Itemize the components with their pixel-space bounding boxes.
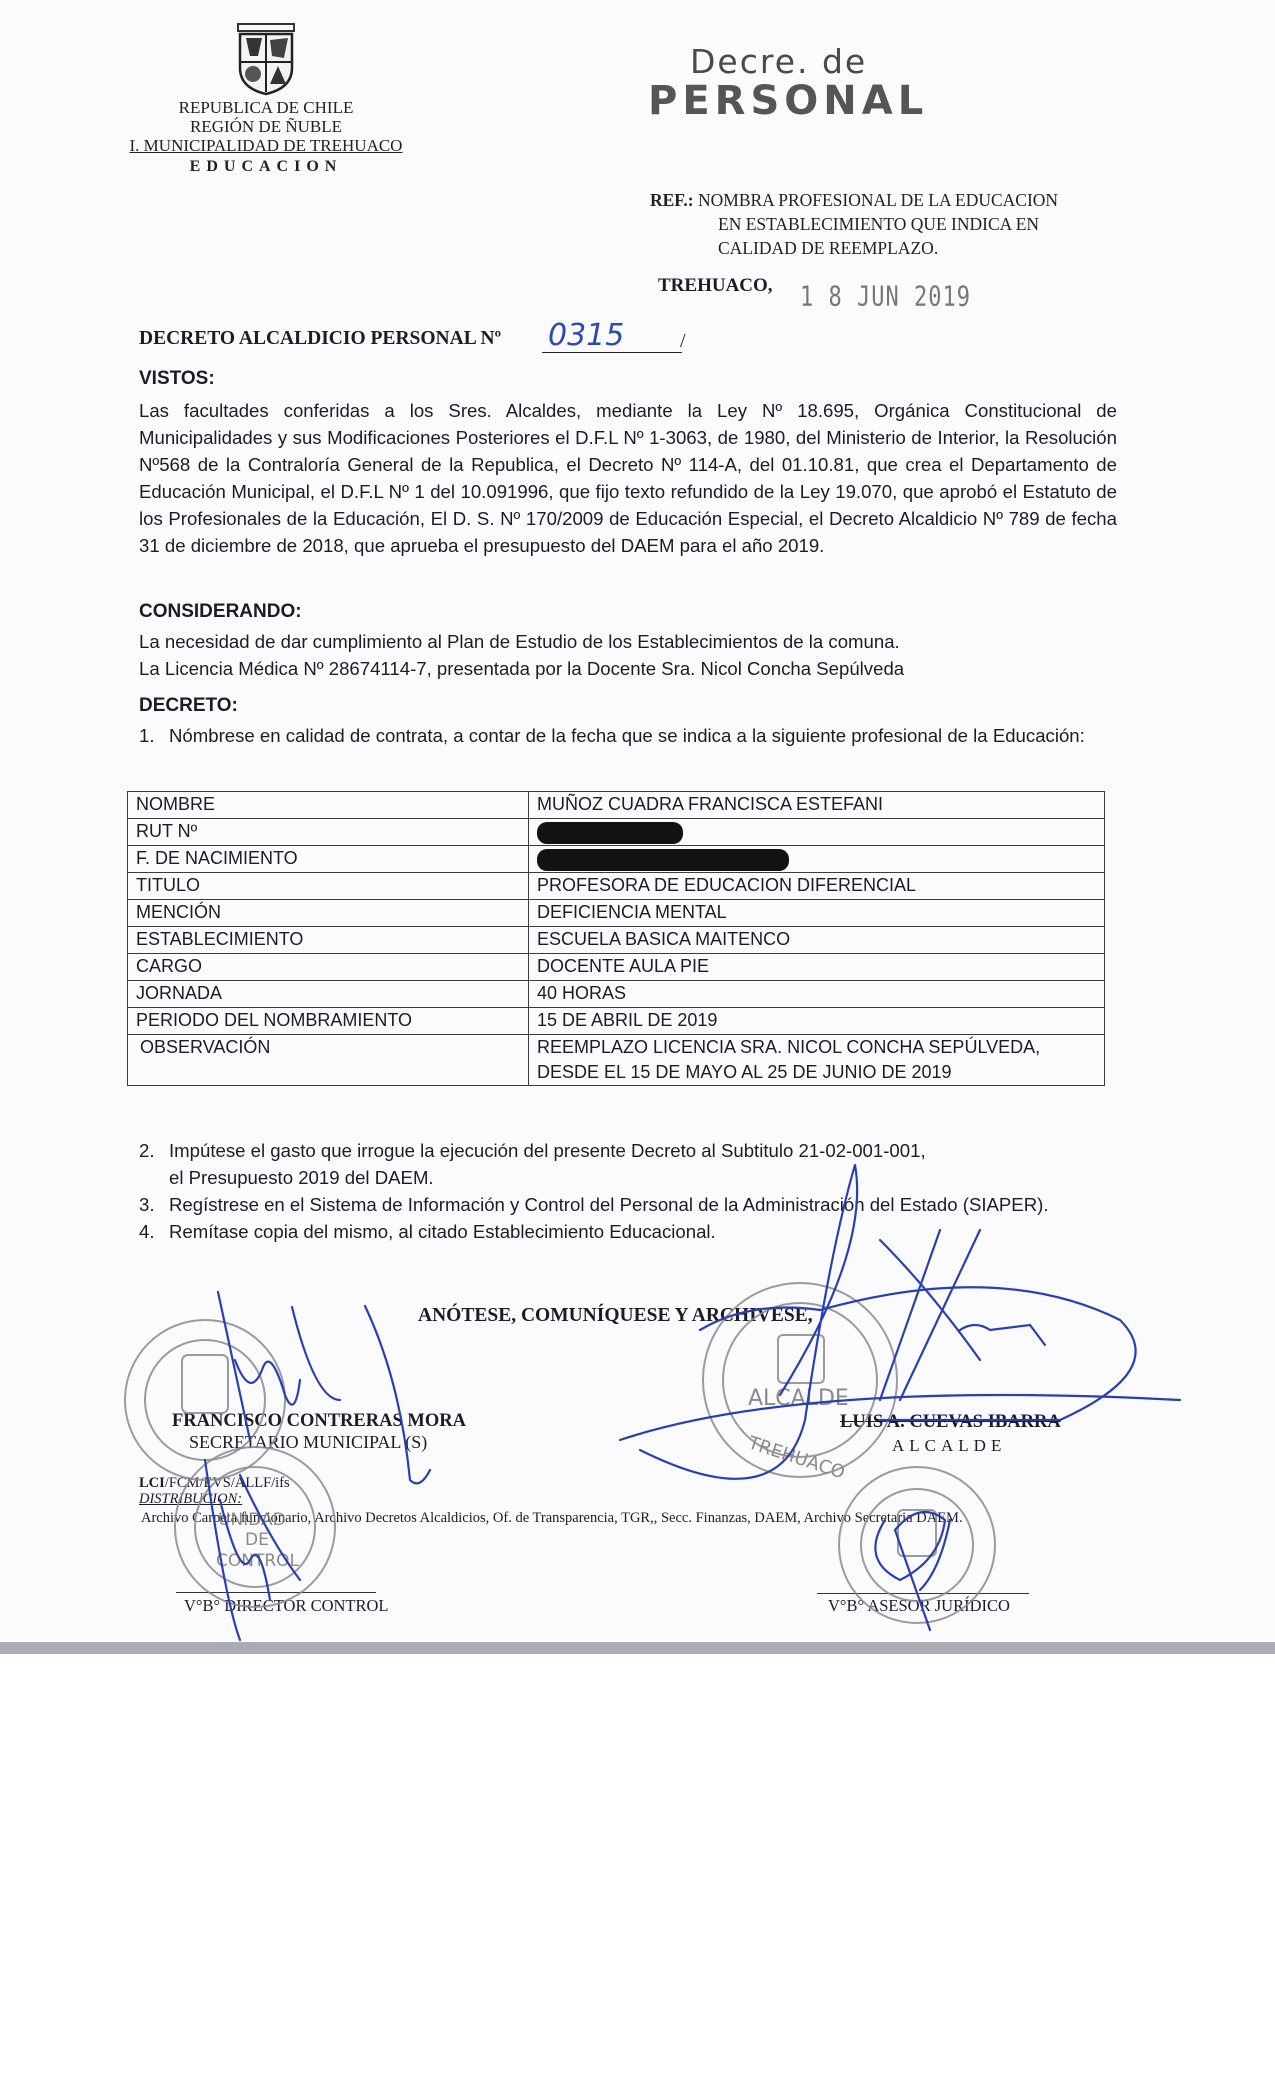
considerando-line: La necesidad de dar cumplimiento al Plan…	[139, 628, 1119, 655]
table-row: OBSERVACIÓNREEMPLAZO LICENCIA SRA. NICOL…	[128, 1035, 1105, 1086]
svg-text:ALCALDE: ALCALDE	[748, 1386, 849, 1411]
row-label: NOMBRE	[128, 792, 529, 819]
row-value: ESCUELA BASICA MAITENCO	[529, 927, 1105, 954]
row-label: PERIODO DEL NOMBRAMIENTO	[128, 1008, 529, 1035]
row-value	[529, 846, 1105, 873]
row-value: 15 DE ABRIL DE 2019	[529, 1008, 1105, 1035]
considerando-heading: CONSIDERANDO:	[139, 601, 302, 623]
reference-line-2: EN ESTABLECIMIENTO QUE INDICA EN	[650, 212, 1130, 236]
coat-of-arms-icon	[232, 22, 300, 96]
item-text: Regístrese en el Sistema de Información …	[169, 1194, 1049, 1215]
row-value: MUÑOZ CUADRA FRANCISCA ESTEFANI	[529, 792, 1105, 819]
item-text: Remítase copia del mismo, al citado Esta…	[169, 1221, 716, 1242]
row-value: REEMPLAZO LICENCIA SRA. NICOL CONCHA SEP…	[529, 1035, 1105, 1086]
item-text: Nómbrese en calidad de contrata, a conta…	[169, 725, 1085, 746]
reference-block: REF.: NOMBRA PROFESIONAL DE LA EDUCACION…	[650, 188, 1130, 260]
header-municipality: I. MUNICIPALIDAD DE TREHUACO	[116, 136, 416, 155]
redaction-bar	[537, 849, 789, 871]
item-number: 3.	[139, 1191, 155, 1218]
signatory-mayor-title: ALCALDE	[892, 1436, 1006, 1456]
table-row: PERIODO DEL NOMBRAMIENTO15 DE ABRIL DE 2…	[128, 1008, 1105, 1035]
secretary-seal-icon	[125, 1320, 285, 1480]
reference-line-3: CALIDAD DE REEMPLAZO.	[650, 236, 1130, 260]
initials-bold: LCI	[139, 1475, 165, 1491]
decreto-item: 2. Impútese el gasto que irrogue la ejec…	[139, 1137, 1119, 1191]
row-value	[529, 819, 1105, 846]
table-row: TITULOPROFESORA DE EDUCACION DIFERENCIAL	[128, 873, 1105, 900]
reference-label: REF.:	[650, 190, 694, 210]
svg-text:DE: DE	[245, 1530, 269, 1550]
distribution-list: Archivo Carpeta funcionario, Archivo Dec…	[141, 1510, 1121, 1527]
table-row: RUT Nº	[128, 819, 1105, 846]
redaction-bar	[537, 822, 683, 844]
appointee-table: NOMBREMUÑOZ CUADRA FRANCISCA ESTEFANI RU…	[127, 791, 1105, 1086]
table-row: MENCIÓNDEFICIENCIA MENTAL	[128, 900, 1105, 927]
signatory-secretary-name: FRANCISCO CONTRERAS MORA	[172, 1411, 466, 1432]
row-label: TITULO	[128, 873, 529, 900]
stamp-personal: PERSONAL	[648, 78, 928, 124]
initials-rest: /FCM/EVS/ALLF/ifs	[165, 1475, 290, 1491]
reference-line-1: NOMBRA PROFESIONAL DE LA EDUCACION	[698, 190, 1058, 210]
item-number: 1.	[139, 722, 155, 749]
decreto-item: 3. Regístrese en el Sistema de Informaci…	[139, 1191, 1119, 1218]
considerando-text: La necesidad de dar cumplimiento al Plan…	[139, 628, 1119, 682]
control-seal-icon: UNIDAD DE CONTROL	[175, 1447, 335, 1607]
table-row: F. DE NACIMIENTO	[128, 846, 1105, 873]
row-label: F. DE NACIMIENTO	[128, 846, 529, 873]
svg-text:TREHUACO: TREHUACO	[745, 1432, 848, 1483]
signature-line-control	[176, 1592, 376, 1593]
row-value: DOCENTE AULA PIE	[529, 954, 1105, 981]
stamp-decree-type: Decre. de	[690, 42, 867, 81]
row-label: RUT Nº	[128, 819, 529, 846]
decree-slash: /	[680, 330, 686, 353]
table-row: NOMBREMUÑOZ CUADRA FRANCISCA ESTEFANI	[128, 792, 1105, 819]
vistos-heading: VISTOS:	[139, 368, 215, 390]
decree-number: 0315	[542, 320, 682, 353]
row-value: PROFESORA DE EDUCACION DIFERENCIAL	[529, 873, 1105, 900]
svg-text:CONTROL: CONTROL	[216, 1551, 300, 1571]
signatory-mayor-name: LUIS A. CUEVAS IBARRA	[840, 1412, 1061, 1433]
decreto-items-first: 1. Nómbrese en calidad de contrata, a co…	[139, 722, 1119, 749]
header-country: REPUBLICA DE CHILE	[116, 98, 416, 117]
row-label: OBSERVACIÓN	[128, 1035, 529, 1086]
table-row: CARGODOCENTE AULA PIE	[128, 954, 1105, 981]
date-stamp: 1 8 JUN 2019	[800, 282, 971, 313]
row-label: CARGO	[128, 954, 529, 981]
considerando-line: La Licencia Médica Nº 28674114-7, presen…	[139, 655, 1119, 682]
row-label: JORNADA	[128, 981, 529, 1008]
row-value: DEFICIENCIA MENTAL	[529, 900, 1105, 927]
vistos-text: Las facultades conferidas a los Sres. Al…	[139, 397, 1117, 559]
scan-edge-shadow	[0, 1642, 1275, 1654]
approval-legal-advisor: V°B° ASESOR JURÍDICO	[828, 1596, 1010, 1616]
place-label: TREHUACO,	[658, 275, 773, 297]
row-label: ESTABLECIMIENTO	[128, 927, 529, 954]
signature-line-legal	[817, 1593, 1029, 1594]
decreto-item: 4. Remítase copia del mismo, al citado E…	[139, 1218, 1119, 1245]
row-value: 40 HORAS	[529, 981, 1105, 1008]
header-department: EDUCACION	[116, 157, 416, 176]
table-row: JORNADA40 HORAS	[128, 981, 1105, 1008]
decree-title: DECRETO ALCALDICIO PERSONAL Nº	[139, 328, 501, 350]
decreto-item: 1. Nómbrese en calidad de contrata, a co…	[139, 722, 1119, 749]
item-text: Impútese el gasto que irrogue la ejecuci…	[169, 1140, 926, 1188]
item-number: 2.	[139, 1137, 155, 1164]
approval-director-control: V°B° DIRECTOR CONTROL	[184, 1596, 389, 1616]
closing-formula: ANÓTESE, COMUNÍQUESE Y ARCHIVESE,	[418, 1305, 813, 1327]
document-page: REPUBLICA DE CHILE REGIÓN DE ÑUBLE I. MU…	[0, 0, 1275, 1642]
decreto-heading: DECRETO:	[139, 695, 238, 717]
row-label: MENCIÓN	[128, 900, 529, 927]
header-region: REGIÓN DE ÑUBLE	[116, 117, 416, 136]
table-row: ESTABLECIMIENTOESCUELA BASICA MAITENCO	[128, 927, 1105, 954]
item-number: 4.	[139, 1218, 155, 1245]
decreto-items-rest: 2. Impútese el gasto que irrogue la ejec…	[139, 1137, 1119, 1245]
initials: LCI/FCM/EVS/ALLF/ifs	[139, 1475, 290, 1492]
signatory-secretary-title: SECRETARIO MUNICIPAL (S)	[189, 1432, 427, 1453]
distribution-heading: DISTRIBUCION:	[139, 1491, 242, 1508]
